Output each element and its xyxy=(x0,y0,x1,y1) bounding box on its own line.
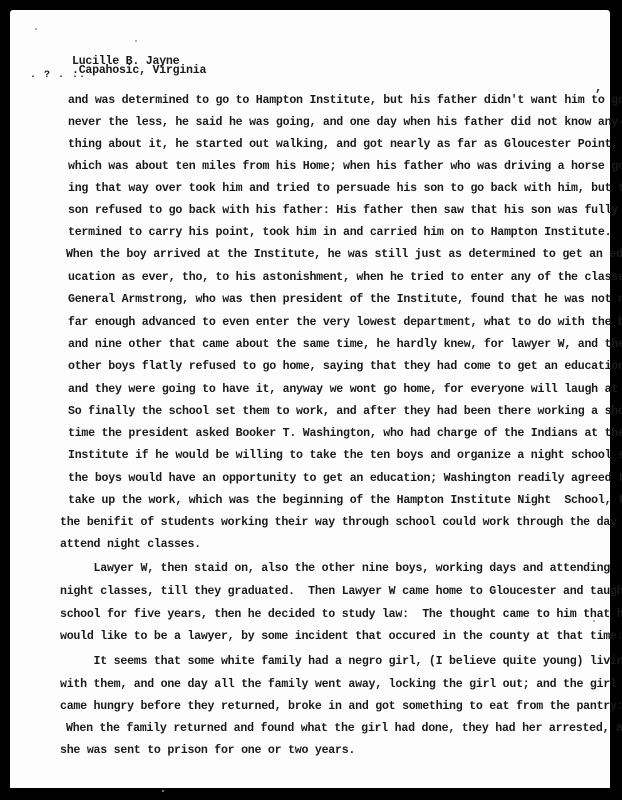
text-line: school for five years, then he decided t… xyxy=(60,608,622,622)
scan-speck xyxy=(135,40,137,42)
text-line: never the less, he said he was going, an… xyxy=(68,116,622,130)
text-line: It seems that some white family had a ne… xyxy=(60,655,622,669)
text-line: attend night classes. xyxy=(60,538,201,552)
author-location: .Capahosic, Virginia xyxy=(72,64,206,78)
text-line: other boys flatly refused to go home, sa… xyxy=(68,360,622,374)
text-line: came hungry before they returned, broke … xyxy=(60,700,622,714)
text-line: When the boy arrived at the Institute, h… xyxy=(66,248,622,262)
text-line: time the president asked Booker T. Washi… xyxy=(68,427,622,441)
text-line: General Armstrong, who was then presiden… xyxy=(68,293,622,307)
text-line: take up the work, which was the beginnin… xyxy=(68,494,622,508)
text-line: and they were going to have it, anyway w… xyxy=(68,383,622,397)
text-line: So finally the school set them to work, … xyxy=(68,405,622,419)
text-line: the boys would have an opportunity to ge… xyxy=(68,472,622,486)
scan-speck xyxy=(35,28,37,30)
text-line: would like to be a lawyer, by some incid… xyxy=(60,630,622,644)
text-line: the benifit of students working their wa… xyxy=(60,516,622,530)
stray-mark: , xyxy=(595,81,602,95)
text-line: son refused to go back with his father: … xyxy=(68,204,622,218)
text-line: Lawyer W, then staid on, also the other … xyxy=(60,562,610,576)
text-line: When the family returned and found what … xyxy=(66,722,622,736)
scan-speck xyxy=(162,790,164,792)
text-line: with them, and one day all the family we… xyxy=(60,678,622,692)
text-line: which was about ten miles from his Home;… xyxy=(68,160,622,174)
text-line: night classes, till they graduated. Then… xyxy=(60,585,622,599)
text-line: and was determined to go to Hampton Inst… xyxy=(68,94,622,108)
scan-speck xyxy=(593,620,595,622)
text-line: ing that way over took him and tried to … xyxy=(68,182,622,196)
text-line: far enough advanced to even enter the ve… xyxy=(68,316,622,330)
text-line: she was sent to prison for one or two ye… xyxy=(60,744,355,758)
text-line: thing about it, he started out walking, … xyxy=(68,138,618,152)
text-line: Institute if he would be willing to take… xyxy=(68,449,622,463)
text-line: termined to carry his point, took him in… xyxy=(68,226,611,240)
text-line: and nine other that came about the same … xyxy=(68,338,622,352)
text-line: ucation as ever, tho, to his astonishmen… xyxy=(68,271,622,285)
